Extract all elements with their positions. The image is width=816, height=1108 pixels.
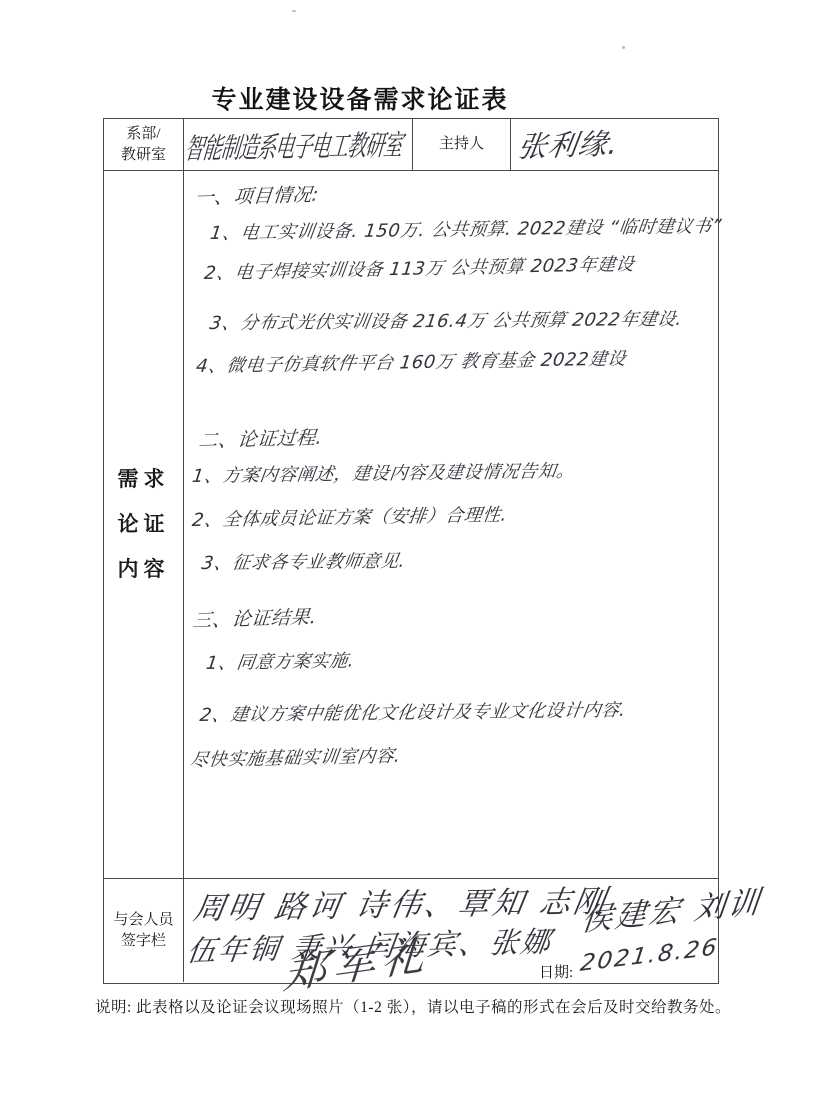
form-table: 系部/ 教研室 智能制造系电子电工教研室 主持人 张利缘. 需求 论证 内容 一… bbox=[103, 118, 719, 984]
content-line: 尽快实施基础实训室内容. bbox=[189, 742, 402, 772]
content-line: 1、电工实训设备. 150万. 公共预算. 2022建设 “临时建议书” bbox=[209, 212, 724, 245]
dept-handwritten-value: 智能制造系电子电工教研室 bbox=[183, 123, 404, 167]
content-line: 4、微电子仿真软件平台 160万 教育基金 2022建设 bbox=[195, 345, 628, 378]
date-handwritten-value: 2021.8.26 bbox=[579, 935, 720, 977]
page-title: 专业建设设备需求论证表 bbox=[0, 80, 720, 116]
content-label-line2: 论证 bbox=[118, 502, 170, 547]
dept-label-line2: 教研室 bbox=[121, 145, 166, 166]
content-line: 二、论证过程. bbox=[197, 423, 324, 453]
dept-label-cell: 系部/ 教研室 bbox=[104, 119, 184, 170]
signature-label-line2: 签字栏 bbox=[121, 931, 166, 952]
content-line: 1、方案内容阐述，建设内容及建设情况告知。 bbox=[191, 457, 577, 488]
content-line: 2、建议方案中能优化文化设计及专业文化设计内容. bbox=[198, 696, 628, 727]
host-label: 主持人 bbox=[439, 134, 484, 155]
header-row: 系部/ 教研室 智能制造系电子电工教研室 主持人 张利缘. bbox=[104, 119, 718, 171]
scan-speck bbox=[622, 46, 625, 49]
signature-label-cell: 与会人员 签字栏 bbox=[104, 879, 184, 982]
footer-note: 说明: 此表格以及论证会议现场照片（1-2 张），请以电子稿的形式在会后及时交给… bbox=[95, 995, 755, 1017]
content-line: 3、分布式光伏实训设备 216.4万 公共预算 2022年建设. bbox=[208, 305, 684, 335]
scan-speck bbox=[292, 10, 296, 12]
content-label-line3: 内容 bbox=[118, 547, 170, 592]
content-line: 三、论证结果. bbox=[192, 602, 318, 633]
content-row: 需求 论证 内容 一、项目情况: 1、电工实训设备. 150万. 公共预算. 2… bbox=[104, 171, 718, 879]
content-line: 3、征求各专业教师意见. bbox=[200, 547, 407, 575]
content-label-line1: 需求 bbox=[118, 457, 170, 502]
date-label: 日期: bbox=[539, 961, 573, 982]
dept-label-line1: 系部/ bbox=[126, 124, 160, 145]
host-label-cell: 主持人 bbox=[413, 119, 511, 170]
content-line: 一、项目情况: bbox=[193, 180, 320, 210]
content-line: 2、全体成员论证方案（安排）合理性. bbox=[191, 501, 509, 532]
host-handwritten-value: 张利缘. bbox=[515, 122, 622, 166]
dept-value-cell: 智能制造系电子电工教研室 bbox=[184, 119, 413, 170]
content-label-cell: 需求 论证 内容 bbox=[104, 171, 184, 878]
content-value-cell: 一、项目情况: 1、电工实训设备. 150万. 公共预算. 2022建设 “临时… bbox=[184, 171, 718, 878]
host-value-cell: 张利缘. bbox=[511, 119, 718, 170]
signature-label-line1: 与会人员 bbox=[113, 910, 173, 931]
content-line: 1、同意方案实施. bbox=[205, 646, 356, 675]
scanned-form-page: 专业建设设备需求论证表 系部/ 教研室 智能制造系电子电工教研室 主持人 张利缘… bbox=[0, 0, 816, 1108]
content-line: 2、电子焊接实训设备 113万 公共预算 2023年建设 bbox=[203, 250, 636, 285]
signature-value-cell: 周明 路诃 诗伟、覃知 志刚 伍年铜 秉兴 闫海宾、张娜 侯建宏 刘训 日期: … bbox=[184, 879, 718, 982]
